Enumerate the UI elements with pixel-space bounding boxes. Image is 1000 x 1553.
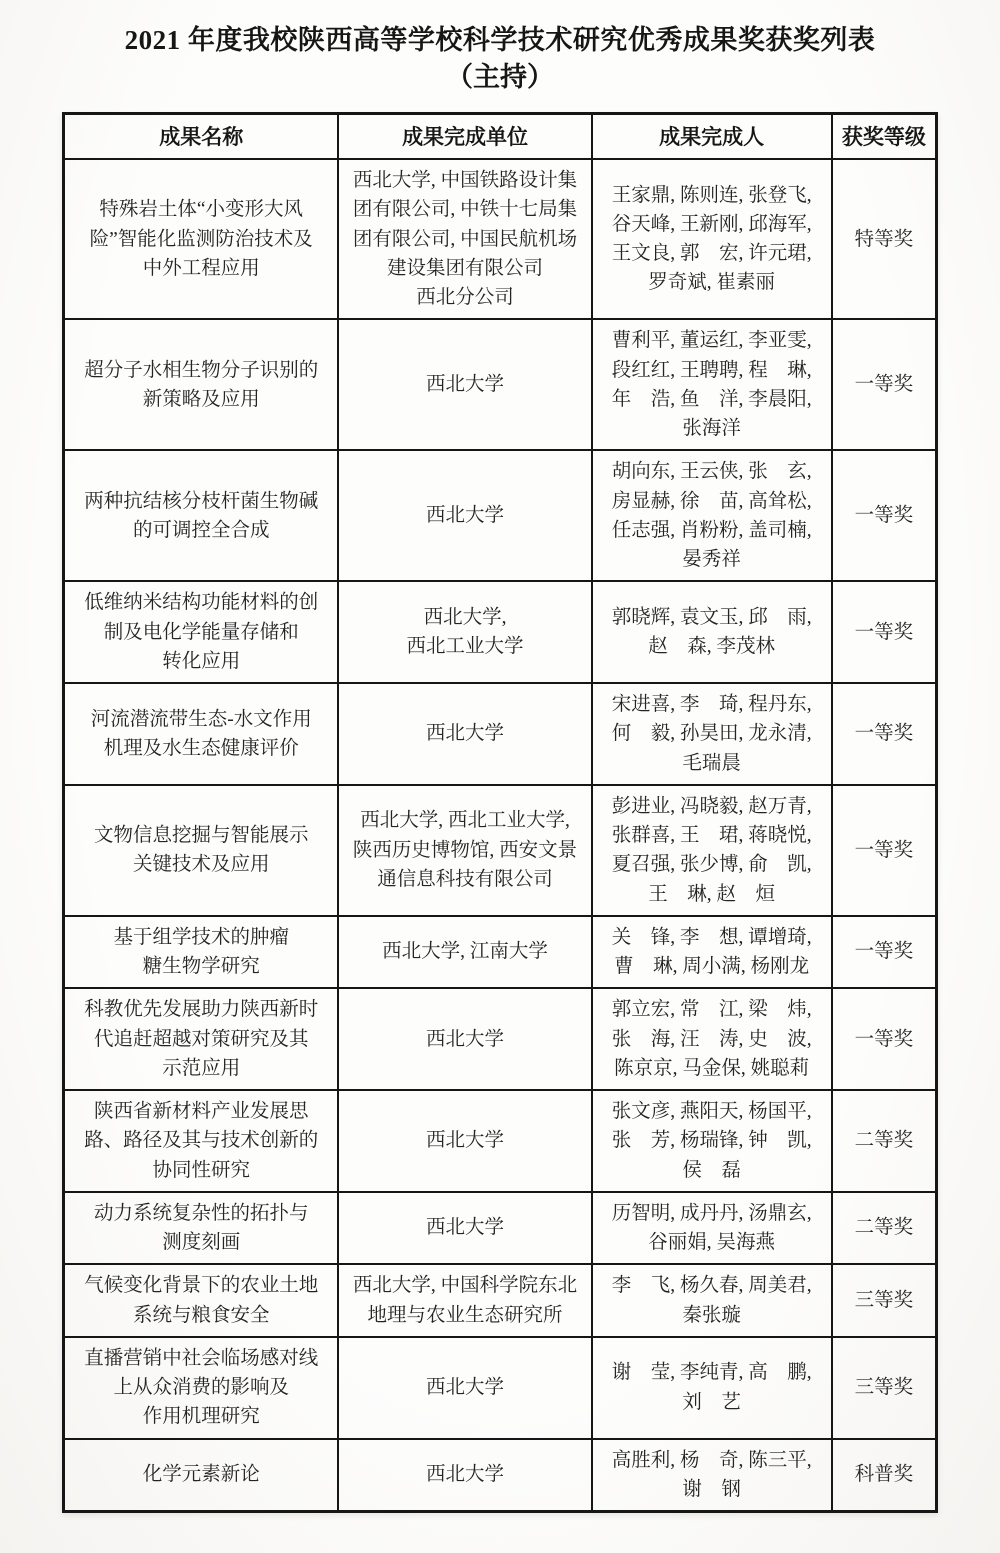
completing-unit-cell: 西北大学, 西北工业大学, 陕西历史博物馆, 西安文景 通信息科技有限公司 [338, 785, 591, 916]
achievement-name-cell: 基于组学技术的肿瘤 糖生物学研究 [64, 916, 339, 989]
completing-people-cell: 张文彦, 燕阳天, 杨国平, 张 芳, 杨瑞锋, 钟 凯, 侯 磊 [592, 1090, 832, 1192]
completing-people-cell: 胡向东, 王云侠, 张 玄, 房显赫, 徐 苗, 高耸松, 任志强, 肖粉粉, … [592, 450, 832, 581]
achievement-name-cell: 文物信息挖掘与智能展示 关键技术及应用 [64, 785, 339, 916]
page-subtitle: （主持） [62, 60, 938, 95]
achievement-name-cell: 河流潜流带生态-水文作用 机理及水生态健康评价 [64, 683, 339, 785]
table-row: 动力系统复杂性的拓扑与 测度刻画西北大学历智明, 成丹丹, 汤鼎玄, 谷丽娟, … [64, 1192, 937, 1265]
achievement-name-cell: 化学元素新论 [64, 1439, 339, 1512]
completing-people-cell: 彭进业, 冯晓毅, 赵万青, 张群喜, 王 珺, 蒋晓悦, 夏召强, 张少博, … [592, 785, 832, 916]
table-row: 两种抗结核分枝杆菌生物碱 的可调控全合成西北大学胡向东, 王云侠, 张 玄, 房… [64, 450, 937, 581]
table-row: 直播营销中社会临场感对线 上从众消费的影响及 作用机理研究西北大学谢 莹, 李纯… [64, 1337, 937, 1439]
completing-people-cell: 关 锋, 李 想, 谭增琦, 曹 琳, 周小满, 杨刚龙 [592, 916, 832, 989]
table-body: 特殊岩土体“小变形大风 险”智能化监测防治技术及 中外工程应用西北大学, 中国铁… [64, 159, 937, 1512]
award-level-cell: 一等奖 [832, 916, 937, 989]
award-level-cell: 三等奖 [832, 1337, 937, 1439]
table-row: 基于组学技术的肿瘤 糖生物学研究西北大学, 江南大学关 锋, 李 想, 谭增琦,… [64, 916, 937, 989]
completing-unit-cell: 西北大学 [338, 1192, 591, 1265]
table-header-row: 成果名称 成果完成单位 成果完成人 获奖等级 [64, 113, 937, 159]
header-completing-unit: 成果完成单位 [338, 113, 591, 159]
award-level-cell: 一等奖 [832, 988, 937, 1090]
award-level-cell: 一等奖 [832, 785, 937, 916]
completing-people-cell: 高胜利, 杨 奇, 陈三平, 谢 钢 [592, 1439, 832, 1512]
completing-unit-cell: 西北大学 [338, 1439, 591, 1512]
awards-table: 成果名称 成果完成单位 成果完成人 获奖等级 特殊岩土体“小变形大风 险”智能化… [62, 112, 938, 1514]
table-row: 陕西省新材料产业发展思 路、路径及其与技术创新的 协同性研究西北大学张文彦, 燕… [64, 1090, 937, 1192]
table-row: 气候变化背景下的农业土地 系统与粮食安全西北大学, 中国科学院东北 地理与农业生… [64, 1264, 937, 1337]
table-row: 河流潜流带生态-水文作用 机理及水生态健康评价西北大学宋进喜, 李 琦, 程丹东… [64, 683, 937, 785]
completing-unit-cell: 西北大学 [338, 1090, 591, 1192]
completing-people-cell: 郭立宏, 常 江, 梁 炜, 张 海, 汪 涛, 史 波, 陈京京, 马金保, … [592, 988, 832, 1090]
completing-people-cell: 王家鼎, 陈则连, 张登飞, 谷天峰, 王新刚, 邱海军, 王文良, 郭 宏, … [592, 159, 832, 319]
completing-people-cell: 曹利平, 董运红, 李亚雯, 段红红, 王聘聘, 程 琳, 年 浩, 鱼 洋, … [592, 319, 832, 450]
award-level-cell: 二等奖 [832, 1090, 937, 1192]
achievement-name-cell: 气候变化背景下的农业土地 系统与粮食安全 [64, 1264, 339, 1337]
table-row: 低维纳米结构功能材料的创 制及电化学能量存储和 转化应用西北大学, 西北工业大学… [64, 581, 937, 683]
achievement-name-cell: 动力系统复杂性的拓扑与 测度刻画 [64, 1192, 339, 1265]
completing-unit-cell: 西北大学, 中国铁路设计集 团有限公司, 中铁十七局集 团有限公司, 中国民航机… [338, 159, 591, 319]
completing-unit-cell: 西北大学 [338, 319, 591, 450]
completing-unit-cell: 西北大学 [338, 988, 591, 1090]
table-row: 文物信息挖掘与智能展示 关键技术及应用西北大学, 西北工业大学, 陕西历史博物馆… [64, 785, 937, 916]
award-level-cell: 科普奖 [832, 1439, 937, 1512]
award-level-cell: 一等奖 [832, 319, 937, 450]
completing-people-cell: 谢 莹, 李纯青, 高 鹏, 刘 艺 [592, 1337, 832, 1439]
completing-people-cell: 历智明, 成丹丹, 汤鼎玄, 谷丽娟, 吴海燕 [592, 1192, 832, 1265]
completing-unit-cell: 西北大学, 西北工业大学 [338, 581, 591, 683]
completing-people-cell: 郭晓辉, 袁文玉, 邱 雨, 赵 森, 李茂林 [592, 581, 832, 683]
completing-unit-cell: 西北大学, 中国科学院东北 地理与农业生态研究所 [338, 1264, 591, 1337]
completing-unit-cell: 西北大学 [338, 683, 591, 785]
header-award-level: 获奖等级 [832, 113, 937, 159]
page-title: 2021 年度我校陕西高等学校科学技术研究优秀成果奖获奖列表 [62, 22, 938, 58]
table-row: 化学元素新论西北大学高胜利, 杨 奇, 陈三平, 谢 钢科普奖 [64, 1439, 937, 1512]
award-level-cell: 一等奖 [832, 683, 937, 785]
achievement-name-cell: 低维纳米结构功能材料的创 制及电化学能量存储和 转化应用 [64, 581, 339, 683]
award-level-cell: 三等奖 [832, 1264, 937, 1337]
award-level-cell: 特等奖 [832, 159, 937, 319]
completing-people-cell: 李 飞, 杨久春, 周美君, 秦张璇 [592, 1264, 832, 1337]
header-achievement-name: 成果名称 [64, 113, 339, 159]
achievement-name-cell: 陕西省新材料产业发展思 路、路径及其与技术创新的 协同性研究 [64, 1090, 339, 1192]
document-page: 2021 年度我校陕西高等学校科学技术研究优秀成果奖获奖列表 （主持） 成果名称… [0, 0, 1000, 1553]
table-row: 特殊岩土体“小变形大风 险”智能化监测防治技术及 中外工程应用西北大学, 中国铁… [64, 159, 937, 319]
achievement-name-cell: 超分子水相生物分子识别的 新策略及应用 [64, 319, 339, 450]
completing-people-cell: 宋进喜, 李 琦, 程丹东, 何 毅, 孙昊田, 龙永清, 毛瑞晨 [592, 683, 832, 785]
table-row: 科教优先发展助力陕西新时 代追赶超越对策研究及其 示范应用西北大学郭立宏, 常 … [64, 988, 937, 1090]
table-row: 超分子水相生物分子识别的 新策略及应用西北大学曹利平, 董运红, 李亚雯, 段红… [64, 319, 937, 450]
achievement-name-cell: 两种抗结核分枝杆菌生物碱 的可调控全合成 [64, 450, 339, 581]
award-level-cell: 一等奖 [832, 450, 937, 581]
award-level-cell: 二等奖 [832, 1192, 937, 1265]
award-level-cell: 一等奖 [832, 581, 937, 683]
header-completing-people: 成果完成人 [592, 113, 832, 159]
achievement-name-cell: 特殊岩土体“小变形大风 险”智能化监测防治技术及 中外工程应用 [64, 159, 339, 319]
completing-unit-cell: 西北大学 [338, 450, 591, 581]
achievement-name-cell: 直播营销中社会临场感对线 上从众消费的影响及 作用机理研究 [64, 1337, 339, 1439]
completing-unit-cell: 西北大学 [338, 1337, 591, 1439]
achievement-name-cell: 科教优先发展助力陕西新时 代追赶超越对策研究及其 示范应用 [64, 988, 339, 1090]
completing-unit-cell: 西北大学, 江南大学 [338, 916, 591, 989]
